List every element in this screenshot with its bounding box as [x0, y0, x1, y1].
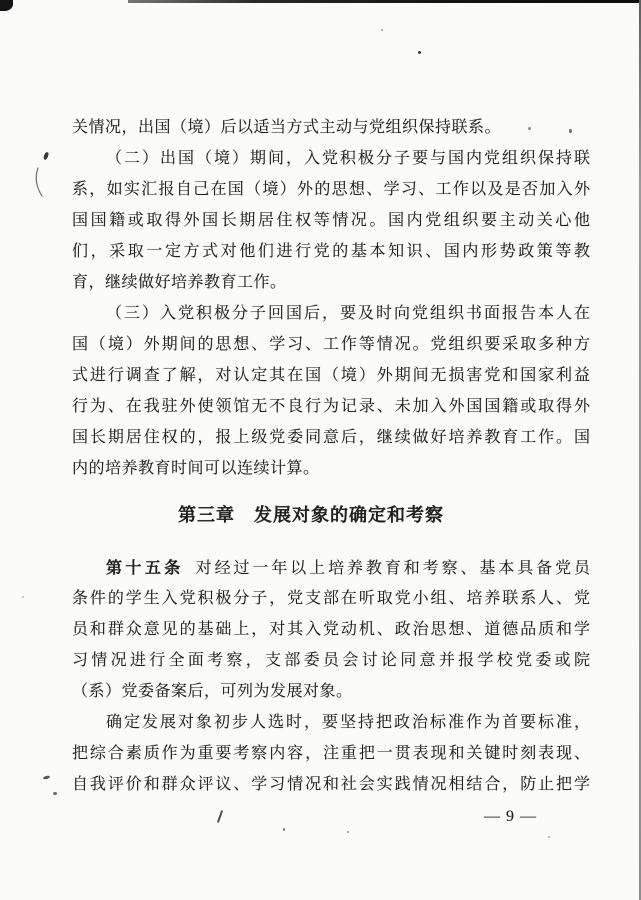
- text-line: 育，继续做好培养教育工作。: [72, 267, 590, 298]
- scan-speck: [548, 836, 550, 838]
- text-line: 内的培养教育时间可以连续计算。: [72, 453, 590, 484]
- slash-mark: [217, 810, 223, 823]
- scanned-page: 关情况，出国（境）后以适当方式主动与党组织保持联系。（二）出国（境）期间，入党积…: [0, 0, 641, 900]
- text-line: 条件的学生入党积极分子，党支部在听取党小组、培养联系人、党: [72, 583, 590, 614]
- text-line: 第十五条对经过一年以上培养教育和考察、基本具备党员: [72, 552, 590, 583]
- text-line: 系，如实汇报自己在国（境）外的思想、学习、工作以及是否加入外: [72, 174, 590, 205]
- text-line: 行为、在我驻外使领馆无不良行为记录、未加入外国国籍或取得外: [72, 391, 590, 422]
- text-line: 国国籍或取得外国长期居住权等情况。国内党组织要主动关心他: [72, 205, 590, 236]
- text-line: 式进行调查了解，对认定其在国（境）外期间无损害党和国家利益: [72, 360, 590, 391]
- text-line: 员和群众意见的基础上，对其入党动机、政治思想、道德品质和学: [72, 614, 590, 645]
- chapter-heading: 第三章 发展对象的确定和考察: [52, 500, 570, 531]
- scan-speck: [347, 831, 349, 833]
- page-number: — 9 —: [484, 804, 537, 830]
- scan-corner-mark: [0, 0, 13, 11]
- text-line: 们，采取一定方式对他们进行党的基本知识、国内形势政策等教: [72, 236, 590, 267]
- pen-mark-curve: [30, 164, 54, 200]
- scan-speck: [418, 51, 421, 54]
- text-line: 关情况，出国（境）后以适当方式主动与党组织保持联系。: [72, 112, 590, 143]
- text-line: （二）出国（境）期间，入党积极分子要与国内党组织保持联: [72, 143, 590, 174]
- text-line: 把综合素质作为重要考察内容，注重把一贯表现和关键时刻表现、: [72, 738, 590, 769]
- scan-edge-top: [128, 0, 641, 3]
- text-line: 确定发展对象初步人选时，要坚持把政治标准作为首要标准，: [72, 707, 590, 738]
- text-line: 自我评价和群众评议、学习情况和社会实践情况相结合，防止把学: [72, 769, 590, 800]
- pen-mark-comma: [43, 152, 49, 161]
- scan-speck: [22, 596, 24, 598]
- scan-speck: [381, 29, 383, 31]
- pen-mark-tick: [43, 775, 51, 780]
- text-line: 国长期居住权的，报上级党委同意后，继续做好培养教育工作。国: [72, 422, 590, 453]
- text-block: 关情况，出国（境）后以适当方式主动与党组织保持联系。（二）出国（境）期间，入党积…: [72, 112, 590, 800]
- scan-speck: [283, 828, 285, 831]
- text-line: 习情况进行全面考察，支部委员会讨论同意并报学校党委或院: [72, 645, 590, 676]
- article-number: 第十五条: [106, 558, 184, 577]
- scan-speck: [53, 792, 57, 795]
- text-line: （系）党委备案后，可列为发展对象。: [72, 676, 590, 707]
- text-line: （三）入党积极分子回国后，要及时向党组织书面报告本人在: [72, 298, 590, 329]
- text-line: 国（境）外期间的思想、学习、工作等情况。党组织要采取多种方: [72, 329, 590, 360]
